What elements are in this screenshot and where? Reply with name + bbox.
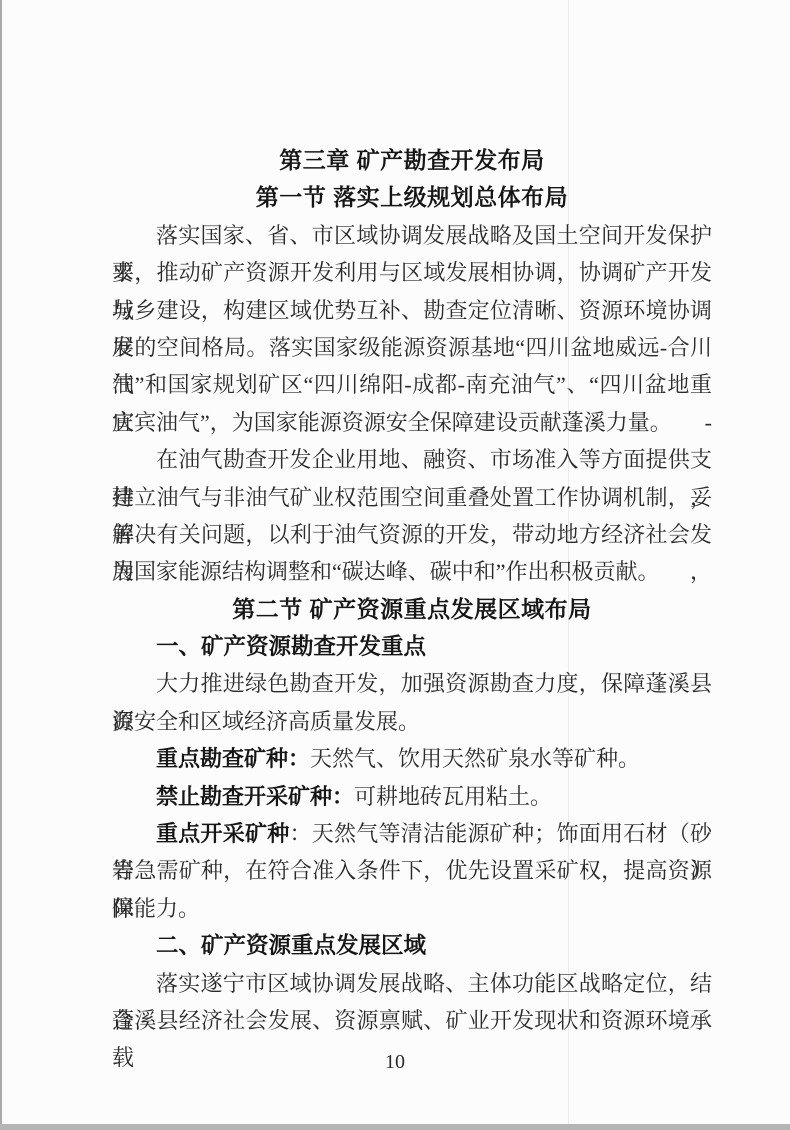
paragraph-line: 障能力。 xyxy=(112,890,712,927)
item-label: 重点开采矿种 xyxy=(156,821,290,846)
item-key-mining-minerals: 重点开采矿种：天然气等清洁能源矿种；饰面用石材（砂岩） 等急需矿种，在符合准入条… xyxy=(112,815,712,927)
page-number: 10 xyxy=(0,1044,790,1081)
paragraph-line: 落实遂宁市区域协调发展战略、主体功能区战略定位，结合 xyxy=(112,965,712,1002)
paragraph-line: 宜宾油气”，为国家能源资源安全保障建设贡献蓬溪力量。 xyxy=(112,404,712,441)
paragraph-line: 落实国家、省、市区域协调发展战略及国土空间开发保护要 xyxy=(112,217,712,254)
paragraph-3: 大力推进绿色勘查开发，加强资源勘查力度，保障蓬溪县资 源安全和区域经济高质量发展… xyxy=(112,665,712,740)
scan-edge-bottom xyxy=(0,1124,790,1130)
paragraph-4: 落实遂宁市区域协调发展战略、主体功能区战略定位，结合 蓬溪县经济社会发展、资源禀… xyxy=(112,965,712,1040)
item-label: 重点勘查矿种： xyxy=(156,746,310,771)
section2-heading: 第二节 矿产资源重点发展区域布局 xyxy=(112,591,712,628)
paragraph-line: 重点开采矿种：天然气等清洁能源矿种；饰面用石材（砂岩） xyxy=(112,815,712,852)
item-text: 可耕地砖瓦用粘土。 xyxy=(354,784,552,809)
text-block: 第三章 矿产勘查开发布局 第一节 落实上级规划总体布局 落实国家、省、市区域协调… xyxy=(112,142,712,1039)
paragraph-line: 在油气勘查开发企业用地、融资、市场准入等方面提供支持， xyxy=(112,441,712,478)
document-page: 第三章 矿产勘查开发布局 第一节 落实上级规划总体布局 落实国家、省、市区域协调… xyxy=(0,0,790,1130)
scan-edge-left xyxy=(0,0,2,1130)
paragraph-line: 大力推进绿色勘查开发，加强资源勘查力度，保障蓬溪县资 xyxy=(112,665,712,702)
paragraph-line: 求，推动矿产资源开发利用与区域发展相协调，协调矿产开发与 xyxy=(112,254,712,291)
subsection2-heading: 二、矿产资源重点发展区域 xyxy=(112,927,712,964)
paragraph-1: 落实国家、省、市区域协调发展战略及国土空间开发保护要 求，推动矿产资源开发利用与… xyxy=(112,217,712,441)
chapter-heading: 第三章 矿产勘查开发布局 xyxy=(112,142,712,179)
item-forbidden-minerals: 禁止勘查开采矿种：可耕地砖瓦用粘土。 xyxy=(112,778,712,815)
section1-heading: 第一节 落实上级规划总体布局 xyxy=(112,179,712,216)
paragraph-line: 为国家能源结构调整和“碳达峰、碳中和”作出积极贡献。 xyxy=(112,553,712,590)
paragraph-line: 源安全和区域经济高质量发展。 xyxy=(112,703,712,740)
paragraph-line: 等急需矿种，在符合准入条件下，优先设置采矿权，提高资源保 xyxy=(112,852,712,889)
paragraph-2: 在油气勘查开发企业用地、融资、市场准入等方面提供支持， 建立油气与非油气矿业权范… xyxy=(112,441,712,591)
paragraph-line: 建立油气与非油气矿业权范围空间重叠处置工作协调机制，妥善 xyxy=(112,479,712,516)
paragraph-line: 解决有关问题，以利于油气资源的开发，带动地方经济社会发展， xyxy=(112,516,712,553)
item-label: 禁止勘查开采矿种： xyxy=(156,784,354,809)
item-text: 天然气、饮用天然矿泉水等矿种。 xyxy=(310,746,640,771)
item-key-exploration-minerals: 重点勘查矿种：天然气、饮用天然矿泉水等矿种。 xyxy=(112,740,712,777)
paragraph-line: 气”和国家规划矿区“四川绵阳-成都-南充油气”、“四川盆地重庆- xyxy=(112,366,712,403)
paragraph-line: 城乡建设，构建区域优势互补、勘查定位清晰、资源环境协调发 xyxy=(112,292,712,329)
subsection1-heading: 一、矿产资源勘查开发重点 xyxy=(112,628,712,665)
paragraph-line: 展的空间格局。落实国家级能源资源基地“四川盆地威远-合川油 xyxy=(112,329,712,366)
paragraph-line: 蓬溪县经济社会发展、资源禀赋、矿业开发现状和资源环境承载 xyxy=(112,1002,712,1039)
